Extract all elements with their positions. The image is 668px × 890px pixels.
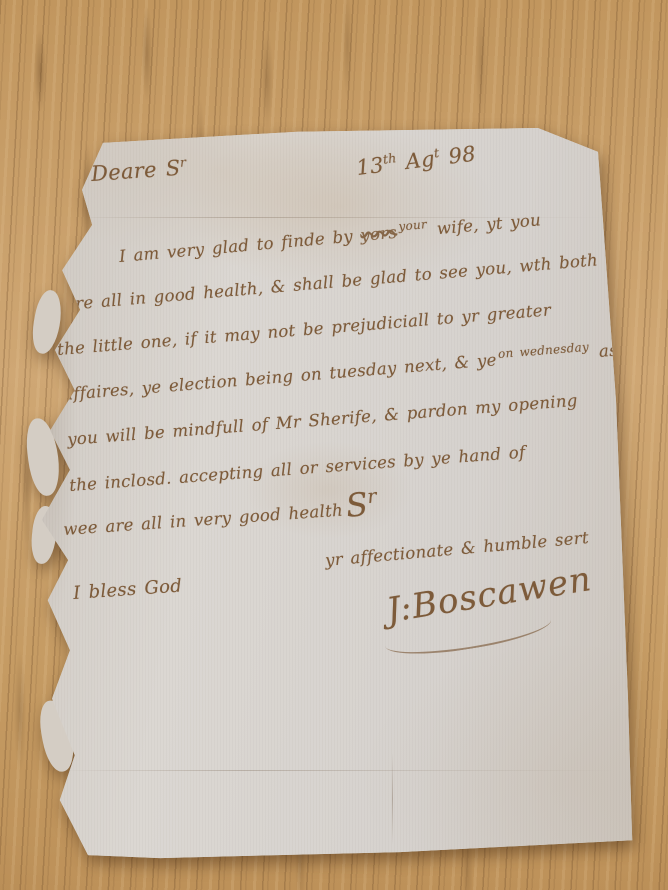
paper-crease <box>392 753 393 845</box>
letter-line-6: the inclosd. accepting all or services b… <box>69 443 526 495</box>
date-day-superscript: th <box>382 150 397 166</box>
letter-date: 13th Agt 98 <box>355 141 477 180</box>
closing-line: yr affectionate & humble sert <box>324 528 589 570</box>
date-year: 98 <box>447 142 477 169</box>
salutation-superscript: r <box>179 154 186 169</box>
paper-crease <box>58 770 616 771</box>
paper-shadow-wrap: Deare Sr 13th Agt 98 I am very glad to f… <box>0 0 668 890</box>
line1-text-end: wife, yt you <box>436 210 542 238</box>
struck-word: yors <box>360 223 398 245</box>
inserted-word: your <box>398 217 428 233</box>
line1-text: I am very glad to finde by <box>118 227 353 266</box>
letter-line-5: you will be mindfull of Mr Sherife, & pa… <box>67 391 579 449</box>
inserted-phrase: on wednesday <box>498 340 590 361</box>
letter-paper: Deare Sr 13th Agt 98 I am very glad to f… <box>40 125 640 870</box>
date-day: 13 <box>355 153 385 180</box>
bless-god-line: I bless God <box>73 575 183 604</box>
sr-superscript: r <box>366 484 378 508</box>
photo-of-letter: Deare Sr 13th Agt 98 I am very glad to f… <box>0 0 668 890</box>
date-month: Ag <box>404 147 436 174</box>
line4-text-end: assises, I hope <box>598 332 668 361</box>
salutation-text: Deare S <box>90 156 181 186</box>
letter-line-7: wee are all in very good health <box>63 500 344 539</box>
date-month-superscript: t <box>433 145 440 161</box>
sr-address-flourish: Sr <box>344 484 379 525</box>
letter-line-1: I am very glad to finde by yorsyour wife… <box>118 210 541 266</box>
letter-salutation: Deare Sr <box>90 154 187 186</box>
line4-text: affaires, ye election being on tuesday n… <box>62 350 497 404</box>
letter-line-3: the little one, if it may not be prejudi… <box>56 300 551 359</box>
